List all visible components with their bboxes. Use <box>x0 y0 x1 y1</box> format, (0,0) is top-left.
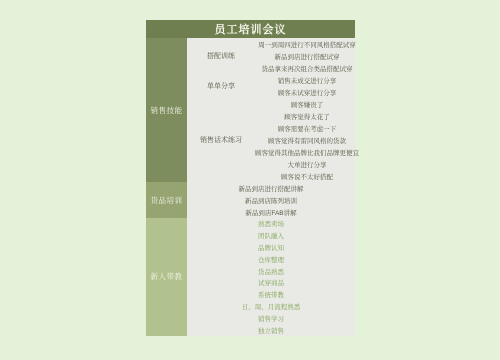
mindmap: 员工培训会议 销售技能搭配训练周一到周四进行不同风格搭配试穿新品到店进行搭配试穿… <box>146 20 355 336</box>
leaf-node[interactable]: 周一到周四进行不同风格搭配试穿 <box>255 38 359 50</box>
sub-branch-node[interactable]: 搭配训练 <box>187 38 255 74</box>
leaf-node[interactable]: 新品到店进行搭配讲解 <box>187 182 355 194</box>
group-row: 新品到店进行搭配讲解新品到店陈列培训新品到店FAB讲解 <box>187 182 355 218</box>
leaf-node[interactable]: 日、周、月流程熟悉 <box>187 301 355 313</box>
sub-branch-node[interactable]: 单单分享 <box>187 74 255 98</box>
section-content: 新品到店进行搭配讲解新品到店陈列培训新品到店FAB讲解 <box>187 182 355 218</box>
leaf-node[interactable]: 顾客觉得有雷同风格的货款 <box>255 134 359 146</box>
group-row: 熟悉卖场团队融入品牌认知仓库整理货品熟悉试穿商品系统带教日、周、月流程熟悉销售学… <box>187 218 355 336</box>
section: 新人带教熟悉卖场团队融入品牌认知仓库整理货品熟悉试穿商品系统带教日、周、月流程熟… <box>146 218 355 336</box>
leaf-column: 顾客嫌贵了顾客觉得太花了顾客需要在考虑一下顾客觉得有雷同风格的货款顾客觉得其他品… <box>255 98 359 182</box>
section: 销售技能搭配训练周一到周四进行不同风格搭配试穿新品到店进行搭配试穿货品拿来再次组… <box>146 38 355 182</box>
leaf-node[interactable]: 顾客嫌贵了 <box>255 98 359 110</box>
leaf-node[interactable]: 货品拿来再次组合类品搭配试穿 <box>255 62 359 74</box>
leaf-node[interactable]: 试穿商品 <box>187 277 355 289</box>
leaf-node[interactable]: 顾客觉得其他品牌比我们品牌更便宜 <box>255 146 359 158</box>
leaf-node[interactable]: 新品到店进行搭配试穿 <box>255 50 359 62</box>
group-row: 单单分享销售未成交进行分享顾客未试穿进行分享 <box>187 74 359 98</box>
leaf-column: 销售未成交进行分享顾客未试穿进行分享 <box>255 74 359 98</box>
leaf-node[interactable]: 熟悉卖场 <box>187 218 355 230</box>
leaf-column: 新品到店进行搭配讲解新品到店陈列培训新品到店FAB讲解 <box>187 182 355 218</box>
branch-node[interactable]: 货品培训 <box>146 182 187 218</box>
leaf-node[interactable]: 新品到店陈列培训 <box>187 194 355 206</box>
leaf-node[interactable]: 系统带教 <box>187 289 355 301</box>
leaf-node[interactable]: 独立销售 <box>187 324 355 336</box>
branch-node[interactable]: 新人带教 <box>146 218 187 336</box>
group-row: 搭配训练周一到周四进行不同风格搭配试穿新品到店进行搭配试穿货品拿来再次组合类品搭… <box>187 38 359 74</box>
leaf-node[interactable]: 品牌认知 <box>187 242 355 254</box>
leaf-node[interactable]: 货品熟悉 <box>187 265 355 277</box>
leaf-node[interactable]: 新品到店FAB讲解 <box>187 206 355 218</box>
sub-branch-node[interactable]: 销售话术练习 <box>187 98 255 182</box>
leaf-node[interactable]: 仓库整理 <box>187 253 355 265</box>
leaf-node[interactable]: 顾客需要在考虑一下 <box>255 122 359 134</box>
section-content: 搭配训练周一到周四进行不同风格搭配试穿新品到店进行搭配试穿货品拿来再次组合类品搭… <box>187 38 359 182</box>
leaf-node[interactable]: 销售未成交进行分享 <box>255 74 359 86</box>
leaf-column: 周一到周四进行不同风格搭配试穿新品到店进行搭配试穿货品拿来再次组合类品搭配试穿 <box>255 38 359 74</box>
map-body: 销售技能搭配训练周一到周四进行不同风格搭配试穿新品到店进行搭配试穿货品拿来再次组… <box>146 38 355 336</box>
leaf-node[interactable]: 顾客未试穿进行分享 <box>255 86 359 98</box>
section-content: 熟悉卖场团队融入品牌认知仓库整理货品熟悉试穿商品系统带教日、周、月流程熟悉销售学… <box>187 218 355 336</box>
leaf-node[interactable]: 团队融入 <box>187 230 355 242</box>
map-title[interactable]: 员工培训会议 <box>146 20 355 38</box>
leaf-column: 熟悉卖场团队融入品牌认知仓库整理货品熟悉试穿商品系统带教日、周、月流程熟悉销售学… <box>187 218 355 336</box>
branch-node[interactable]: 销售技能 <box>146 38 187 182</box>
group-row: 销售话术练习顾客嫌贵了顾客觉得太花了顾客需要在考虑一下顾客觉得有雷同风格的货款顾… <box>187 98 359 182</box>
leaf-node[interactable]: 销售学习 <box>187 312 355 324</box>
section: 货品培训新品到店进行搭配讲解新品到店陈列培训新品到店FAB讲解 <box>146 182 355 218</box>
leaf-node[interactable]: 顾客觉得太花了 <box>255 110 359 122</box>
leaf-node[interactable]: 顾客说不太好搭配 <box>255 170 359 182</box>
leaf-node[interactable]: 大单进行分享 <box>255 158 359 170</box>
